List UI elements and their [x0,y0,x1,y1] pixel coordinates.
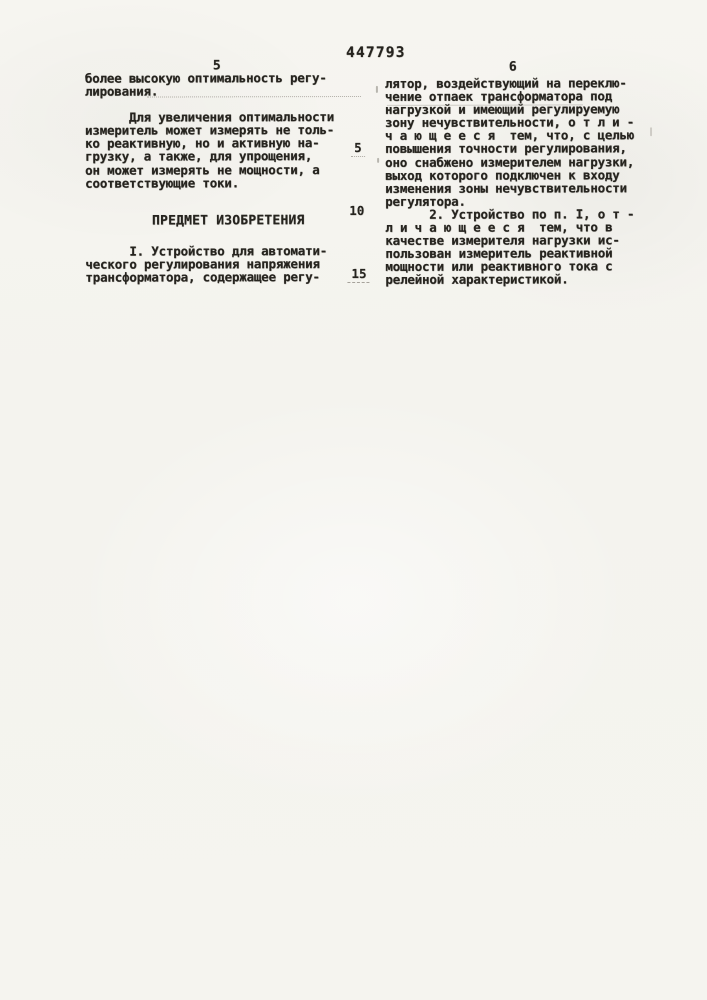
left-column: более высокую оптимальность регу- лирова… [85,71,372,284]
margin-line-number-15: 15 [351,267,366,280]
right-column: лятор, воздействующий на переклю- чение … [385,76,666,286]
paragraph: Для увеличения оптимальности измеритель … [85,110,371,189]
scanned-content: 447793 5 6 более высокую оптимальность р… [0,0,707,1000]
patent-number: 447793 [331,45,421,61]
column-number-right: 6 [509,61,517,75]
claim-1-start: I. Устройство для автомати- ческого регу… [85,244,371,284]
scan-artifact-speck [377,158,379,163]
margin-line-number-5: 5 [354,141,362,154]
paragraph: более высокую оптимальность регу- лирова… [85,71,371,98]
margin-line-number-10: 10 [349,204,364,217]
section-heading: ПРЕДМЕТ ИЗОБРЕТЕНИЯ [85,214,371,228]
scan-artifact-dash [347,282,369,283]
scan-artifact-speck [650,127,652,136]
patent-document-page: 447793 5 6 более высокую оптимальность р… [0,0,707,1000]
claim-2: 2. Устройство по п. I, о т - л и ч а ю щ… [385,207,665,286]
scan-artifact-speck [376,86,378,93]
scan-artifact-dash [351,156,365,157]
claim-1-end: лятор, воздействующий на переклю- чение … [385,76,665,208]
